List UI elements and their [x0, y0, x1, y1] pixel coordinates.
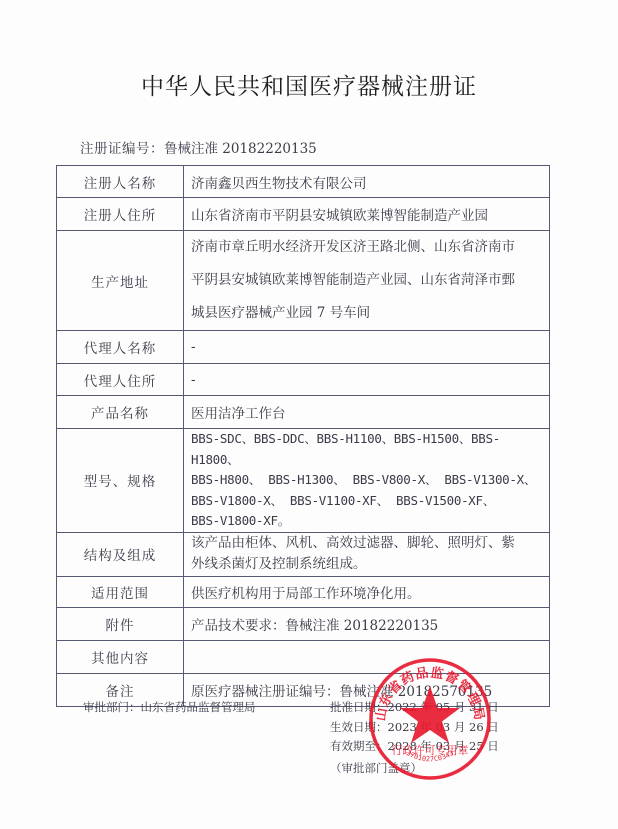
approval-date: 批准日期：2022 年 05 月 31 日	[330, 698, 499, 718]
row-label: 结构及组成	[57, 532, 184, 576]
row-label: 其他内容	[57, 640, 184, 673]
page-title: 中华人民共和国医疗器械注册证	[0, 68, 618, 101]
row-label: 注册人住所	[57, 198, 184, 231]
effective-date: 生效日期：2023 年 03 月 26 日	[330, 718, 499, 738]
row-label: 生产地址	[57, 231, 184, 331]
row-label: 代理人住所	[57, 364, 184, 396]
model-line: BBS-V1800-X、 BBS-V1100-XF、 BBS-V1500-XF、	[191, 491, 545, 512]
production-address-line: 城县医疗器械产业园 7 号车间	[191, 297, 545, 330]
product-name: 医用洁净工作台	[184, 396, 550, 429]
row-label: 适用范围	[57, 576, 184, 607]
table-row: 代理人住所 -	[57, 364, 550, 396]
production-address-line: 平阴县安城镇欧莱博智能制造产业园、山东省菏泽市鄄	[191, 264, 545, 297]
structure-composition: 该产品由柜体、风机、高效过滤器、脚轮、照明灯、紫 外线杀菌灯及控制系统组成。	[184, 532, 550, 576]
scope-of-application: 供医疗机构用于局部工作环境净化用。	[184, 576, 550, 607]
agent-name: -	[184, 331, 550, 364]
other-content	[184, 640, 550, 673]
production-address: 济南市章丘明水经济开发区济王路北侧、山东省济南市 平阴县安城镇欧莱博智能制造产业…	[184, 231, 550, 331]
certificate-table: 注册人名称 济南鑫贝西生物技术有限公司 注册人住所 山东省济南市平阴县安城镇欧莱…	[56, 165, 550, 707]
attachment: 产品技术要求：鲁械注准 20182220135	[184, 607, 550, 640]
table-row: 注册人名称 济南鑫贝西生物技术有限公司	[57, 166, 550, 198]
row-label: 型号、规格	[57, 429, 184, 533]
table-row: 适用范围 供医疗机构用于局部工作环境净化用。	[57, 576, 550, 607]
table-row: 注册人住所 山东省济南市平阴县安城镇欧莱博智能制造产业园	[57, 198, 550, 231]
table-row: 附件 产品技术要求：鲁械注准 20182220135	[57, 607, 550, 640]
table-row: 结构及组成 该产品由柜体、风机、高效过滤器、脚轮、照明灯、紫 外线杀菌灯及控制系…	[57, 532, 550, 576]
seal-note: （审批部门盖章）	[330, 759, 499, 778]
model-line: BBS-V1800-XF。	[191, 511, 545, 532]
row-label: 注册人名称	[57, 166, 184, 198]
row-label: 产品名称	[57, 396, 184, 429]
approval-department: 审批部门：山东省药品监督管理局	[83, 699, 256, 715]
registration-number: 注册证编号：鲁械注准 20182220135	[80, 137, 317, 157]
table-row: 代理人名称 -	[57, 331, 550, 364]
row-label: 附件	[57, 607, 184, 640]
production-address-line: 济南市章丘明水经济开发区济王路北侧、山东省济南市	[191, 231, 545, 264]
structure-line: 外线杀菌灯及控制系统组成。	[191, 554, 545, 575]
models-specs: BBS-SDC、BBS-DDC、BBS-H1100、BBS-H1500、BBS-…	[184, 429, 550, 533]
agent-address: -	[184, 364, 550, 396]
registration-number-value: 鲁械注准 20182220135	[164, 141, 317, 157]
model-line: BBS-H800、 BBS-H1300、 BBS-V800-X、 BBS-V13…	[191, 470, 545, 491]
valid-until-date: 有效期至：2028 年 03 月 25 日	[330, 737, 499, 757]
model-line: BBS-SDC、BBS-DDC、BBS-H1100、BBS-H1500、BBS-…	[191, 429, 545, 470]
registrant-name: 济南鑫贝西生物技术有限公司	[184, 166, 550, 198]
table-row: 型号、规格 BBS-SDC、BBS-DDC、BBS-H1100、BBS-H150…	[57, 429, 550, 533]
row-label: 代理人名称	[57, 331, 184, 364]
certificate-page: 中华人民共和国医疗器械注册证 注册证编号：鲁械注准 20182220135 注册…	[0, 0, 618, 829]
table-row: 生产地址 济南市章丘明水经济开发区济王路北侧、山东省济南市 平阴县安城镇欧莱博智…	[57, 231, 550, 331]
dates-block: 批准日期：2022 年 05 月 31 日 生效日期：2023 年 03 月 2…	[330, 698, 499, 778]
registrant-address: 山东省济南市平阴县安城镇欧莱博智能制造产业园	[184, 198, 550, 231]
structure-line: 该产品由柜体、风机、高效过滤器、脚轮、照明灯、紫	[191, 533, 545, 554]
registration-number-label: 注册证编号：	[80, 141, 164, 157]
table-row: 其他内容	[57, 640, 550, 673]
table-row: 产品名称 医用洁净工作台	[57, 396, 550, 429]
